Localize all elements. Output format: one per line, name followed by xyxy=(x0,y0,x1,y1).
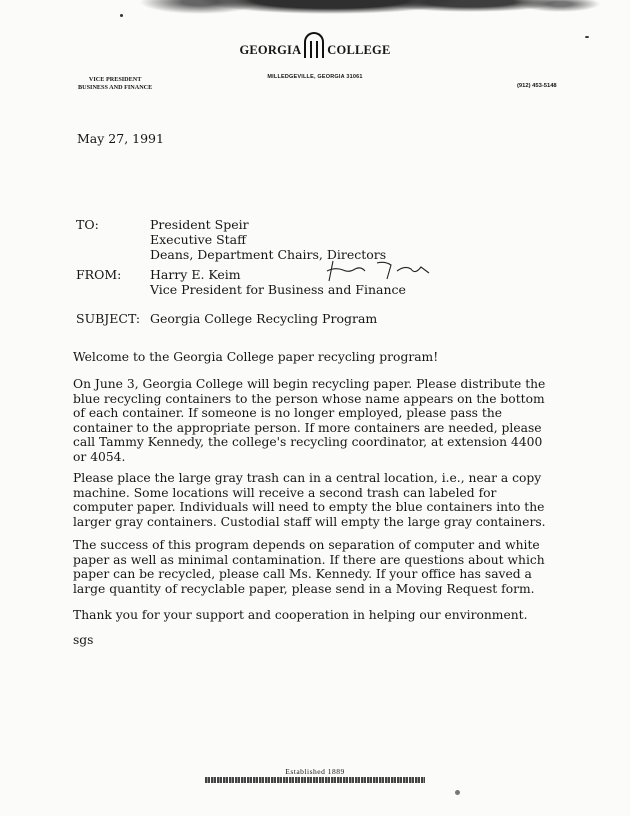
body-paragraph: Please place the large gray trash can in… xyxy=(73,471,573,529)
scan-speck xyxy=(120,14,123,17)
recipient: Executive Staff xyxy=(150,232,386,247)
body-paragraph: The success of this program depends on s… xyxy=(73,538,573,596)
letterhead-department: VICE PRESIDENT BUSINESS AND FINANCE xyxy=(78,76,152,92)
scan-speck xyxy=(455,790,460,795)
to-label: TO: xyxy=(76,217,99,232)
institution-name-left: GEORGIA xyxy=(239,43,301,58)
institution-name-right: COLLEGE xyxy=(327,43,390,58)
typist-initials: sgs xyxy=(73,633,573,648)
handwritten-signature-icon xyxy=(325,257,435,285)
footer-tagline-illegible xyxy=(205,777,425,783)
body-paragraph: Thank you for your support and cooperati… xyxy=(73,608,573,623)
footer-established: Established 1889 xyxy=(0,767,630,776)
to-recipients: President Speir Executive Staff Deans, D… xyxy=(150,217,386,262)
columned-arch-icon xyxy=(304,32,324,58)
subject-text: Georgia College Recycling Program xyxy=(150,311,377,326)
letterhead-phone: (912) 453-5148 xyxy=(517,83,557,89)
body-paragraph: On June 3, Georgia College will begin re… xyxy=(73,377,573,465)
memo-date: May 27, 1991 xyxy=(77,131,164,146)
recipient: President Speir xyxy=(150,217,386,232)
letterhead-logo: GEORGIA COLLEGE xyxy=(0,32,630,58)
body-paragraph: Welcome to the Georgia College paper rec… xyxy=(73,350,573,365)
department-line-1: VICE PRESIDENT xyxy=(78,76,152,84)
department-line-2: BUSINESS AND FINANCE xyxy=(78,84,152,92)
from-label: FROM: xyxy=(76,267,121,282)
subject-label: SUBJECT: xyxy=(76,311,140,326)
from-details: Harry E. Keim Vice President for Busines… xyxy=(150,267,406,297)
